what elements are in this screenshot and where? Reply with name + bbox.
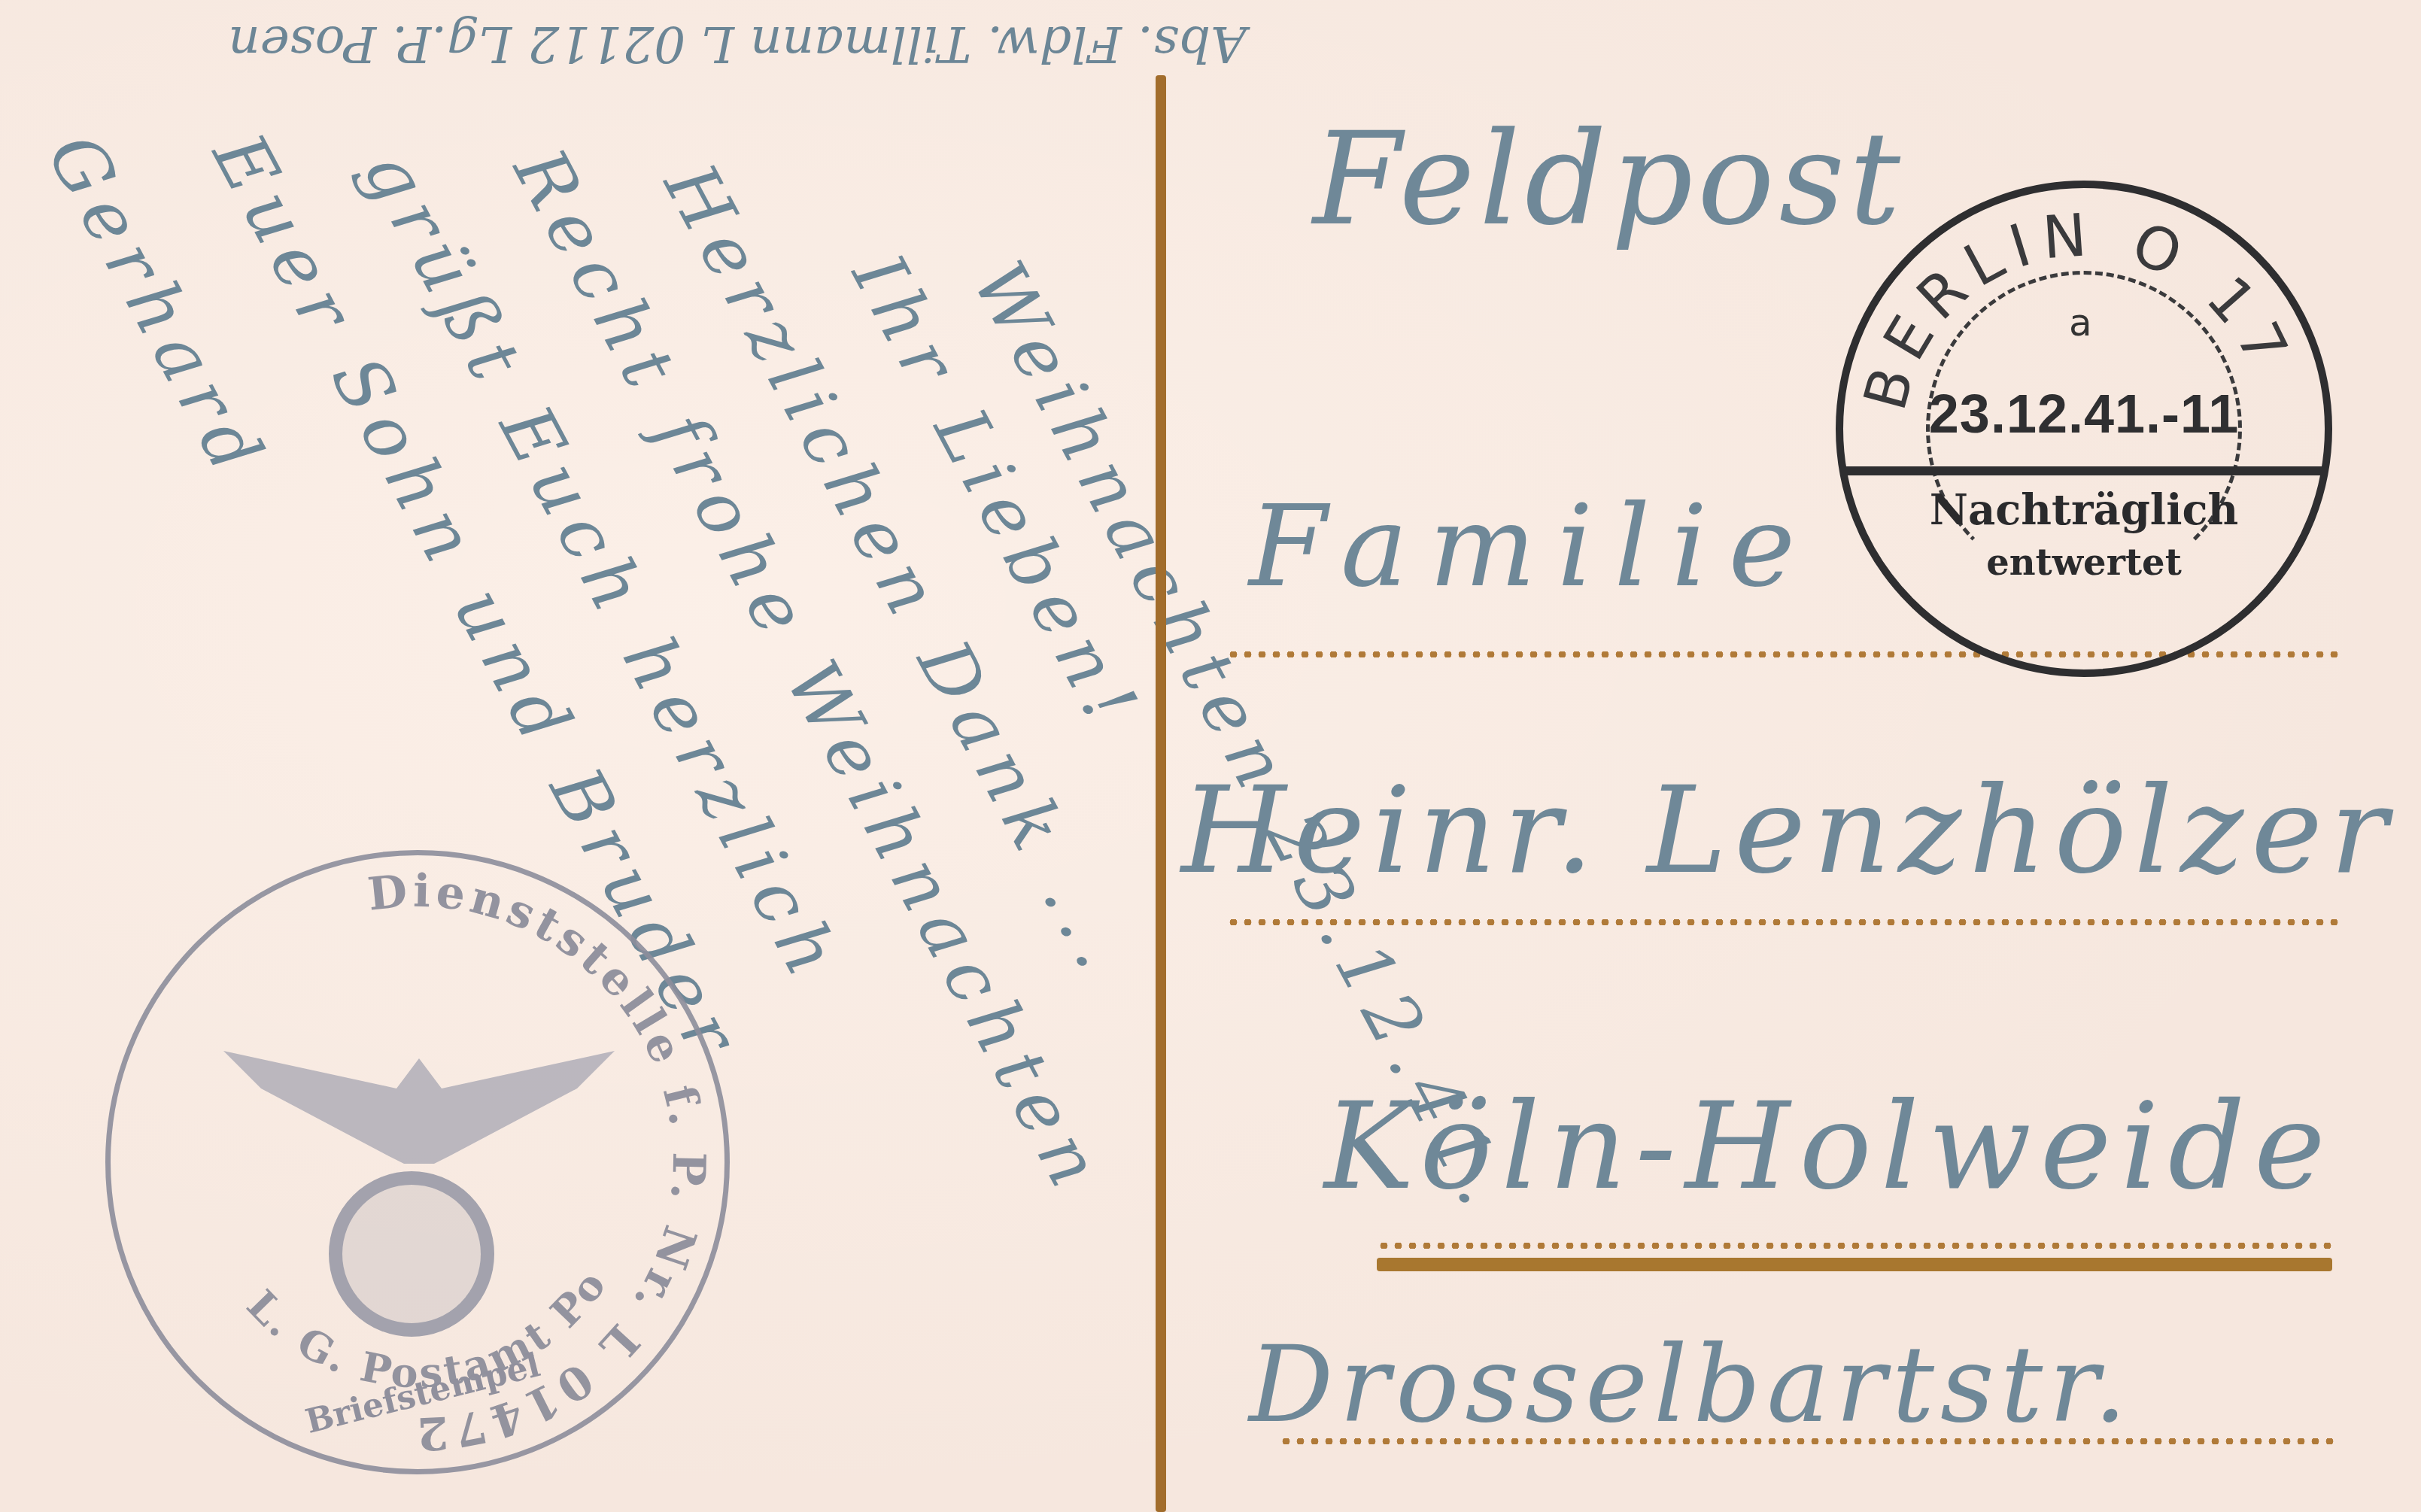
postmark-letter: a	[2069, 301, 2092, 345]
sender-line: Abs. Fldw. Tillmann L 02112 Lg.P. Posen	[75, 15, 1399, 73]
postmark-note-line-2: entwertet	[1888, 542, 2280, 584]
eagle-emblem-icon	[223, 1043, 615, 1164]
postcard: Abs. Fldw. Tillmann L 02112 Lg.P. Posen …	[0, 0, 2421, 1512]
address-line-4: Drosselbartstr.	[1249, 1324, 2133, 1447]
postmark-note-line-1: Nachträglich	[1888, 485, 2280, 535]
address-line-3: Köln-Holweide	[1324, 1076, 2334, 1216]
wreath-emblem-icon	[329, 1171, 494, 1337]
feldpost-label: Feldpost	[1313, 105, 1905, 254]
postmark-date: 23.12.41.-11	[1918, 384, 2249, 445]
vertical-divider	[1156, 75, 1166, 1512]
postmark-crossbar	[1843, 466, 2325, 475]
address-rule-2	[1226, 919, 2340, 925]
address-underline-bar	[1377, 1258, 2332, 1271]
address-line-2: Heinr. Lenzhölzer	[1181, 760, 2395, 900]
address-line-1: Familie	[1249, 481, 1816, 612]
address-rule-3	[1377, 1243, 2332, 1249]
office-stamp: Dienststelle f. P. Nr. L 01472 L. G. Pos…	[105, 850, 730, 1474]
berlin-postmark: BERLIN O 17 a 23.12.41.-11 Nachträglich …	[1836, 181, 2332, 677]
address-rule-4	[1279, 1438, 2340, 1444]
